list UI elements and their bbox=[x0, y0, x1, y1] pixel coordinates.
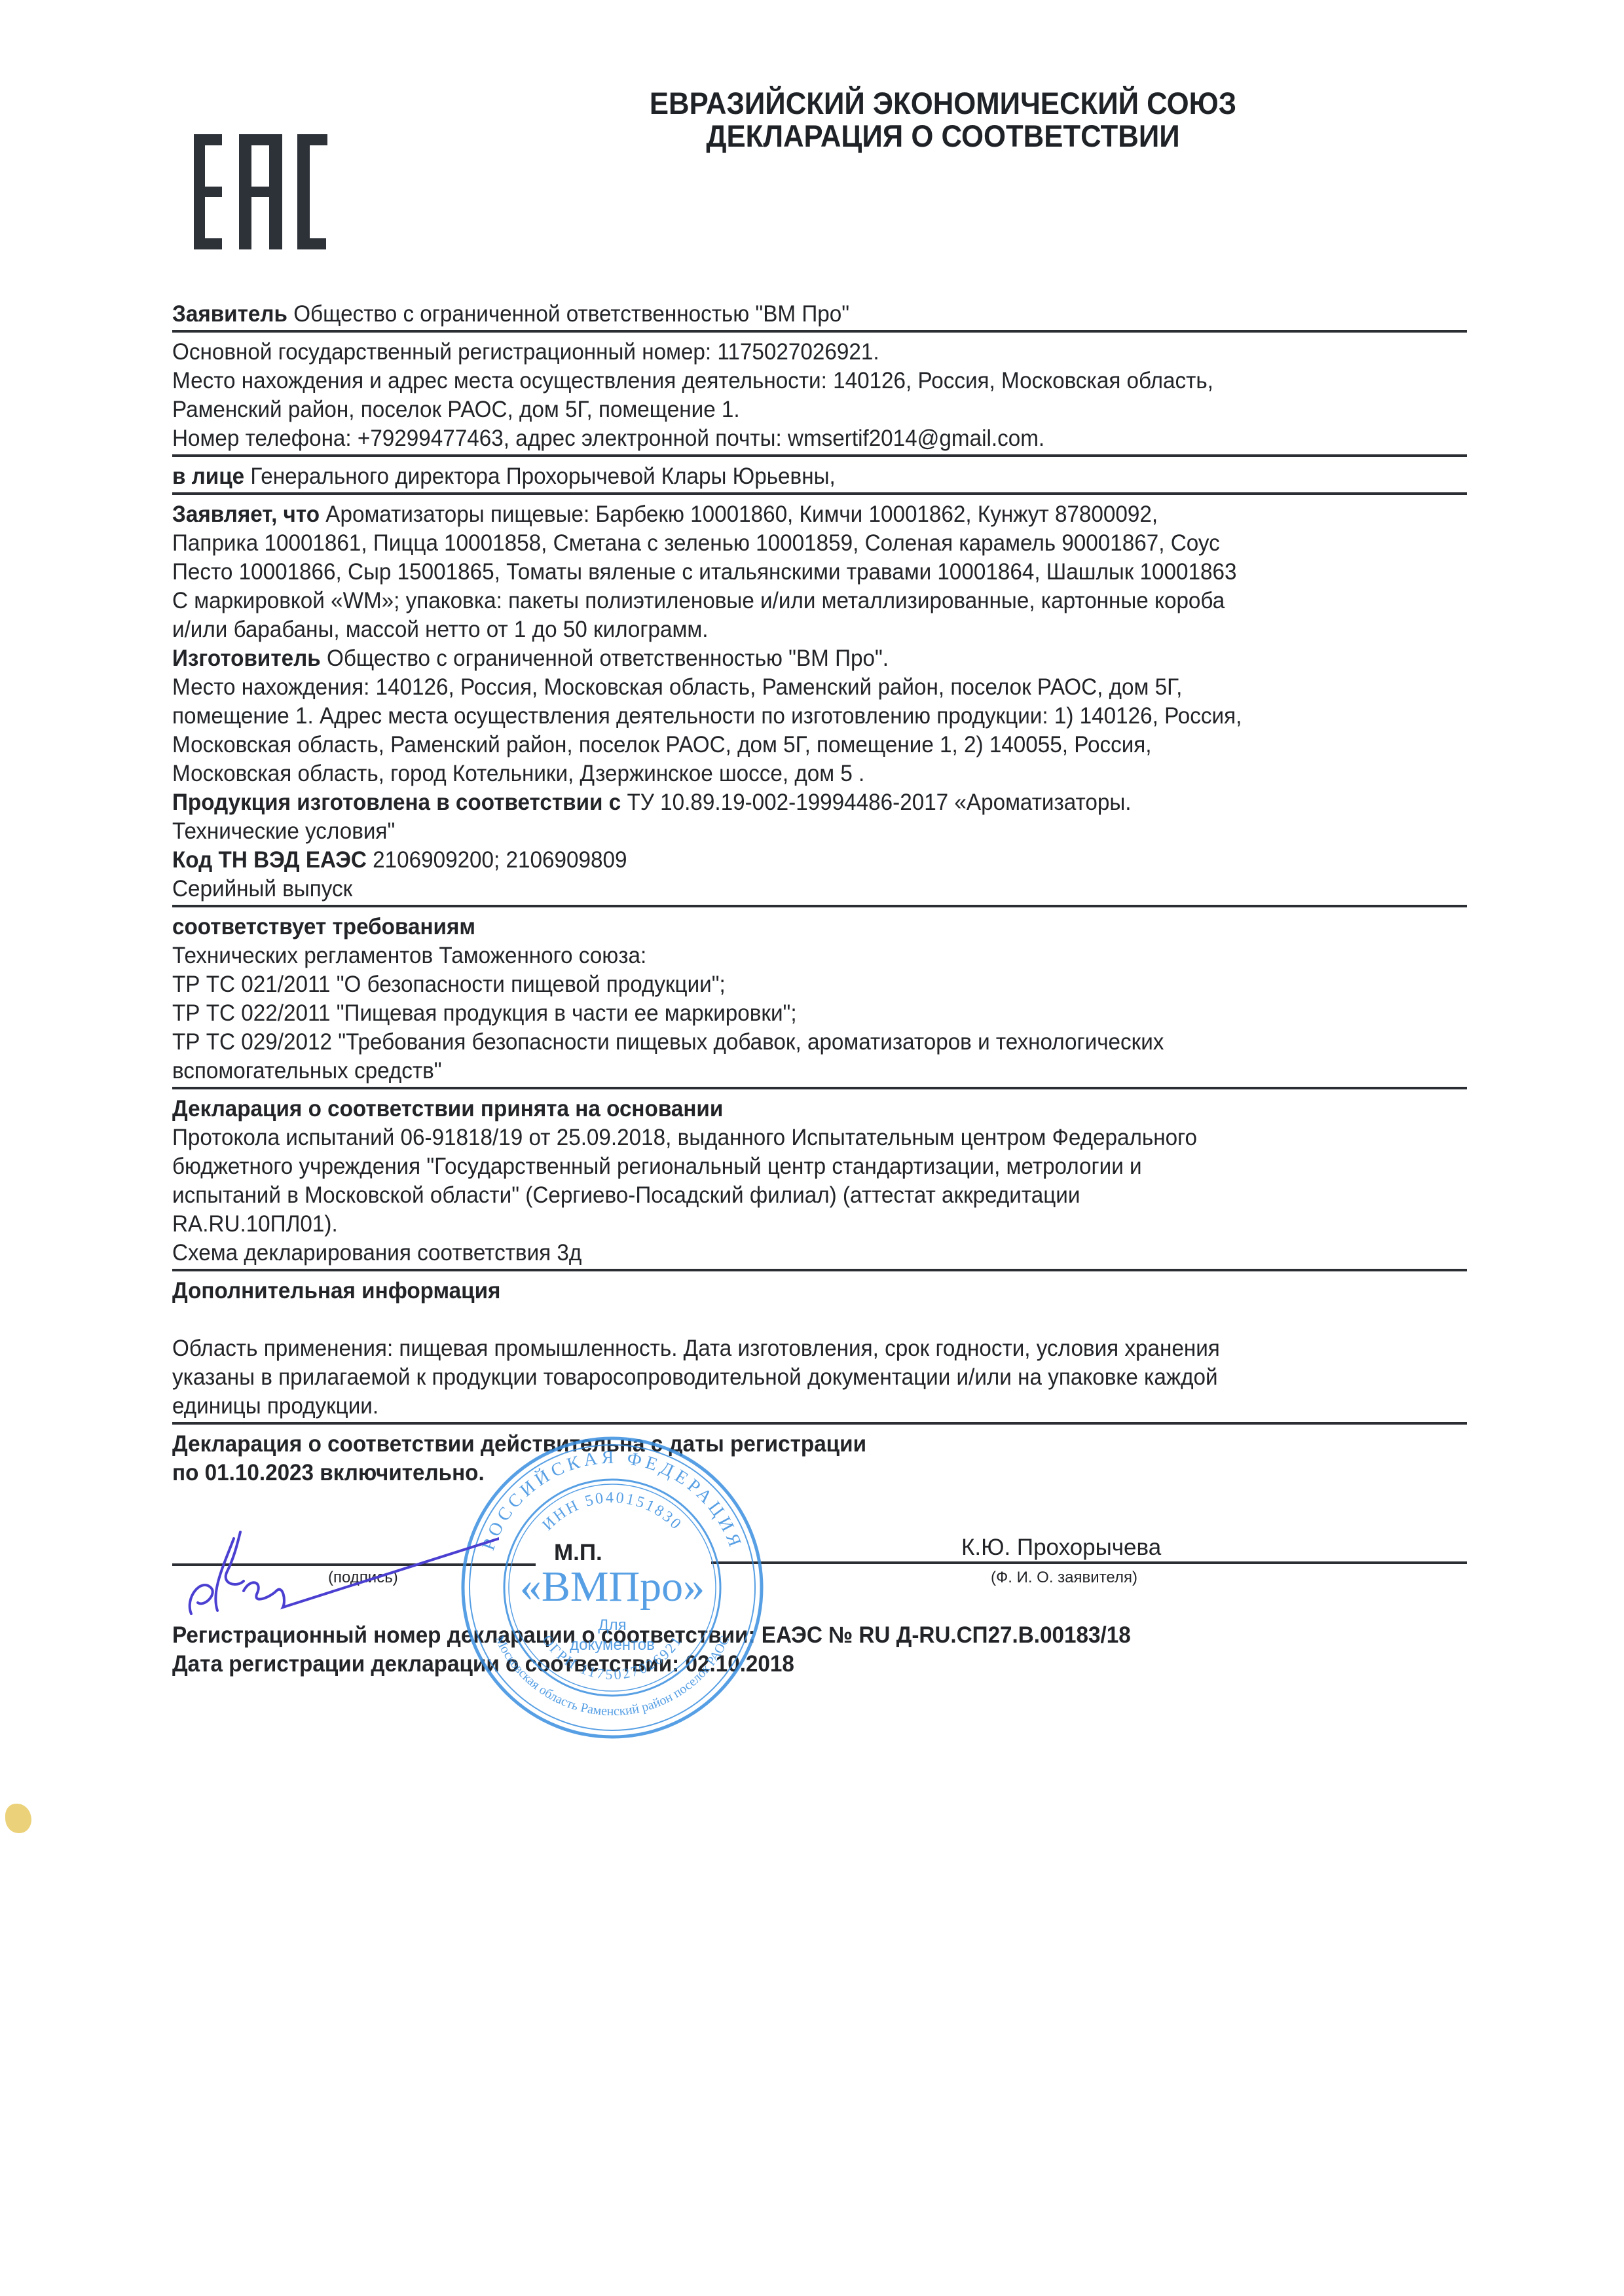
additional-info-line: указаны в прилагаемой к продукции товаро… bbox=[172, 1363, 1402, 1392]
validity-line-1: Декларация о соответствии действительна … bbox=[172, 1430, 1402, 1459]
divider bbox=[172, 1422, 1467, 1425]
accreditation-number: RA.RU.10ПЛ01). bbox=[172, 1210, 1402, 1239]
product-weight-line: и/или барабаны, массой нетто от 1 до 50 … bbox=[172, 615, 1402, 644]
validity-line-2: по 01.10.2023 включительно. bbox=[172, 1459, 1402, 1487]
stamp-place-label: М.П. bbox=[554, 1540, 602, 1566]
standard-value-cont: Технические условия" bbox=[172, 817, 1402, 846]
manufacturer-label: Изготовитель bbox=[172, 646, 321, 671]
product-list-line: Песто 10001866, Сыр 15001865, Томаты вял… bbox=[172, 558, 1402, 587]
manufacturer-address: Московская область, Раменский район, пос… bbox=[172, 731, 1402, 759]
additional-info-line: Область применения: пищевая промышленнос… bbox=[172, 1334, 1402, 1363]
registration-date-line: Дата регистрации декларации о соответств… bbox=[172, 1650, 1402, 1679]
manufacturer-address: Московская область, город Котельники, Дз… bbox=[172, 759, 1402, 788]
standard-value: ТУ 10.89.19-002-19994486-2017 «Ароматиза… bbox=[627, 790, 1131, 815]
signature-line bbox=[172, 1563, 536, 1566]
basis-line: бюджетного учреждения "Государственный р… bbox=[172, 1152, 1402, 1181]
applicant-label: Заявитель bbox=[172, 301, 287, 327]
divider bbox=[172, 330, 1467, 333]
signature-row: М.П. К.Ю. Прохорычева (подпись) (Ф. И. О… bbox=[172, 1487, 1467, 1592]
applicant-caption: (Ф. И. О. заявителя) bbox=[991, 1569, 1137, 1587]
manufacturer-name: Общество с ограниченной ответственностью… bbox=[327, 646, 889, 671]
eac-logo-icon bbox=[194, 134, 329, 249]
paper-stain bbox=[5, 1804, 31, 1833]
hs-code-line: Код ТН ВЭД ЕАЭС 2106909200; 2106909809 bbox=[172, 846, 1402, 875]
registration-date-label: Дата регистрации декларации о соответств… bbox=[172, 1651, 679, 1677]
declaration-page: ЕВРАЗИЙСКИЙ ЭКОНОМИЧЕСКИЙ СОЮЗ ДЕКЛАРАЦИ… bbox=[0, 0, 1624, 2296]
standard-label: Продукция изготовлена в соответствии с bbox=[172, 790, 621, 815]
name-line bbox=[711, 1561, 1467, 1564]
regulation-item-cont: вспомогательных средств" bbox=[172, 1057, 1402, 1085]
additional-info-line: единицы продукции. bbox=[172, 1392, 1402, 1421]
representative-text: Генерального директора Прохорычевой Клар… bbox=[250, 464, 835, 489]
divider bbox=[172, 1087, 1467, 1089]
applicant-address-2: Раменский район, поселок РАОС, дом 5Г, п… bbox=[172, 395, 1402, 424]
registration-date-value: 02.10.2018 bbox=[685, 1651, 794, 1677]
representative-label: в лице bbox=[172, 464, 244, 489]
registration-number-value: ЕАЭС № RU Д-RU.СП27.В.00183/18 bbox=[762, 1622, 1131, 1648]
divider bbox=[172, 1269, 1467, 1271]
declares-label: Заявляет, что bbox=[172, 501, 320, 527]
divider bbox=[172, 492, 1467, 495]
applicant-ogrn: Основной государственный регистрационный… bbox=[172, 338, 1402, 367]
declaration-body: Заявитель Общество с ограниченной ответс… bbox=[172, 300, 1467, 1679]
hs-code-label: Код ТН ВЭД ЕАЭС bbox=[172, 847, 367, 873]
requirements-label: соответствует требованиям bbox=[172, 913, 1402, 941]
standard-line: Продукция изготовлена в соответствии с Т… bbox=[172, 788, 1402, 817]
basis-line: Протокола испытаний 06-91818/19 от 25.09… bbox=[172, 1123, 1402, 1152]
divider bbox=[172, 905, 1467, 907]
declares-line: Заявляет, что Ароматизаторы пищевые: Бар… bbox=[172, 500, 1402, 529]
registration-number-line: Регистрационный номер декларации о соотв… bbox=[172, 1621, 1402, 1650]
union-title: ЕВРАЗИЙСКИЙ ЭКОНОМИЧЕСКИЙ СОЮЗ bbox=[572, 85, 1315, 121]
applicant-signatory-name: К.Ю. Прохорычева bbox=[961, 1535, 1161, 1561]
manufacturer-address: помещение 1. Адрес места осуществления д… bbox=[172, 702, 1402, 731]
basis-label: Декларация о соответствии принята на осн… bbox=[172, 1095, 1402, 1123]
applicant-address-1: Место нахождения и адрес места осуществл… bbox=[172, 367, 1402, 395]
declares-first-line: Ароматизаторы пищевые: Барбекю 10001860,… bbox=[325, 501, 1158, 527]
basis-line: испытаний в Московской области" (Сергиев… bbox=[172, 1181, 1402, 1210]
document-title: ДЕКЛАРАЦИЯ О СООТВЕТСТВИИ bbox=[572, 118, 1315, 154]
applicant-name: Общество с ограниченной ответственностью… bbox=[293, 301, 849, 327]
regulation-item: ТР ТС 022/2011 "Пищевая продукция в част… bbox=[172, 999, 1402, 1028]
requirements-intro: Технических регламентов Таможенного союз… bbox=[172, 941, 1402, 970]
representative-line: в лице Генерального директора Прохорычев… bbox=[172, 462, 1402, 491]
signature-caption: (подпись) bbox=[328, 1569, 398, 1587]
regulation-item: ТР ТС 021/2011 "О безопасности пищевой п… bbox=[172, 970, 1402, 999]
release-type: Серийный выпуск bbox=[172, 875, 1402, 903]
applicant-contacts: Номер телефона: +79299477463, адрес элек… bbox=[172, 424, 1402, 453]
applicant-line: Заявитель Общество с ограниченной ответс… bbox=[172, 300, 1402, 329]
divider bbox=[172, 454, 1467, 457]
additional-info-label: Дополнительная информация bbox=[172, 1277, 1402, 1305]
registration-number-label: Регистрационный номер декларации о соотв… bbox=[172, 1622, 756, 1648]
regulation-item: ТР ТС 029/2012 "Требования безопасности … bbox=[172, 1028, 1402, 1057]
product-list-line: Паприка 10001861, Пицца 10001858, Сметан… bbox=[172, 529, 1402, 558]
hs-code-value: 2106909200; 2106909809 bbox=[373, 847, 627, 873]
manufacturer-address: Место нахождения: 140126, Россия, Москов… bbox=[172, 673, 1402, 702]
product-packaging-line: С маркировкой «WM»; упаковка: пакеты пол… bbox=[172, 587, 1402, 615]
declaration-scheme: Схема декларирования соответствия 3д bbox=[172, 1239, 1402, 1267]
manufacturer-line: Изготовитель Общество с ограниченной отв… bbox=[172, 644, 1402, 673]
